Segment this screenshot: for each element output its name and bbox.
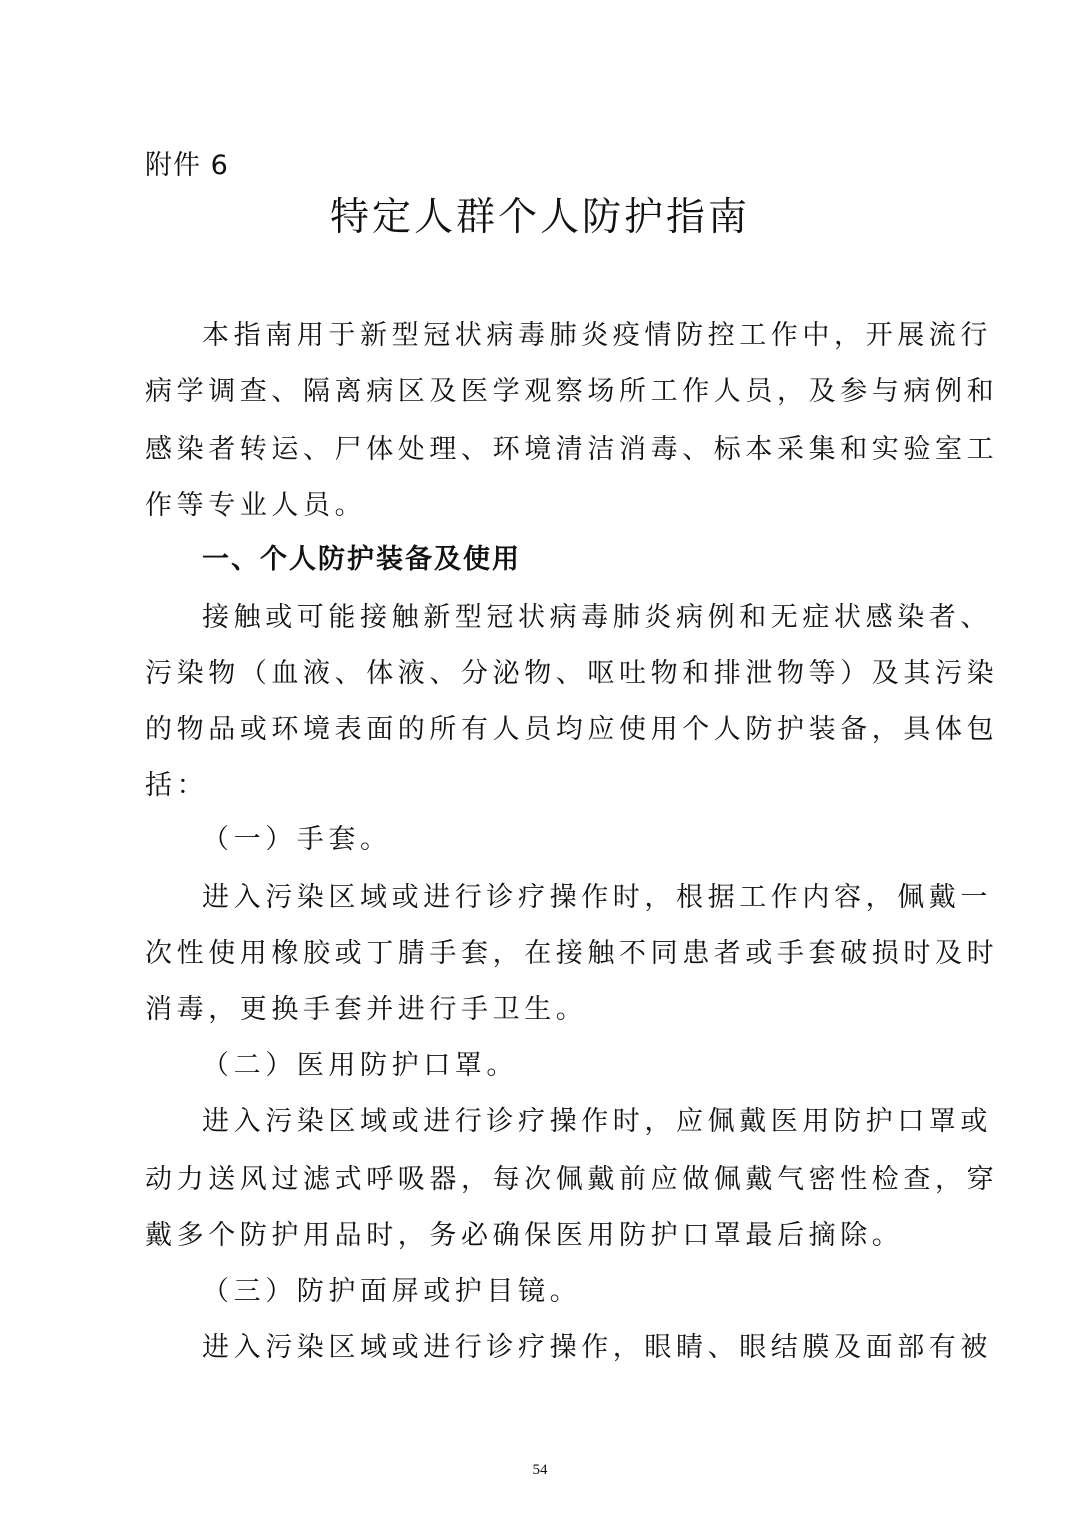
paragraph-line: 动力送风过滤式呼吸器，每次佩戴前应做佩戴气密性检查，穿 — [145, 1160, 998, 1200]
attachment-label: 附件 6 — [145, 146, 229, 186]
paragraph-line: 污染物（血液、体液、分泌物、呕吐物和排泄物等）及其污染 — [145, 654, 998, 694]
paragraph-line: 进入污染区域或进行诊疗操作，眼睛、眼结膜及面部有被 — [202, 1328, 992, 1368]
page-number: 54 — [0, 1460, 1080, 1480]
section-heading: 一、个人防护装备及使用 — [202, 540, 521, 580]
paragraph-line: 消毒，更换手套并进行手卫生。 — [145, 990, 587, 1030]
paragraph-line: 戴多个防护用品时，务必确保医用防护口罩最后摘除。 — [145, 1216, 903, 1256]
subsection-heading: （一）手套。 — [202, 820, 392, 860]
document-title: 特定人群个人防护指南 — [0, 190, 1080, 246]
subsection-heading: （二）医用防护口罩。 — [202, 1046, 518, 1086]
paragraph-line: 次性使用橡胶或丁腈手套，在接触不同患者或手套破损时及时 — [145, 934, 998, 974]
paragraph-line: 进入污染区域或进行诊疗操作时，根据工作内容，佩戴一 — [202, 878, 992, 918]
subsection-heading: （三）防护面屏或护目镜。 — [202, 1272, 581, 1312]
paragraph-line: 接触或可能接触新型冠状病毒肺炎病例和无症状感染者、 — [202, 598, 992, 638]
paragraph-line: 感染者转运、尸体处理、环境清洁消毒、标本采集和实验室工 — [145, 430, 998, 470]
paragraph-line: 本指南用于新型冠状病毒肺炎疫情防控工作中，开展流行 — [202, 316, 992, 356]
paragraph-line: 病学调查、隔离病区及医学观察场所工作人员，及参与病例和 — [145, 372, 998, 412]
document-page: 附件 6 特定人群个人防护指南 本指南用于新型冠状病毒肺炎疫情防控工作中，开展流… — [0, 0, 1080, 1527]
paragraph-line: 的物品或环境表面的所有人员均应使用个人防护装备，具体包 — [145, 710, 998, 750]
paragraph-line: 括： — [145, 766, 208, 806]
paragraph-line: 作等专业人员。 — [145, 486, 366, 526]
paragraph-line: 进入污染区域或进行诊疗操作时，应佩戴医用防护口罩或 — [202, 1102, 992, 1142]
